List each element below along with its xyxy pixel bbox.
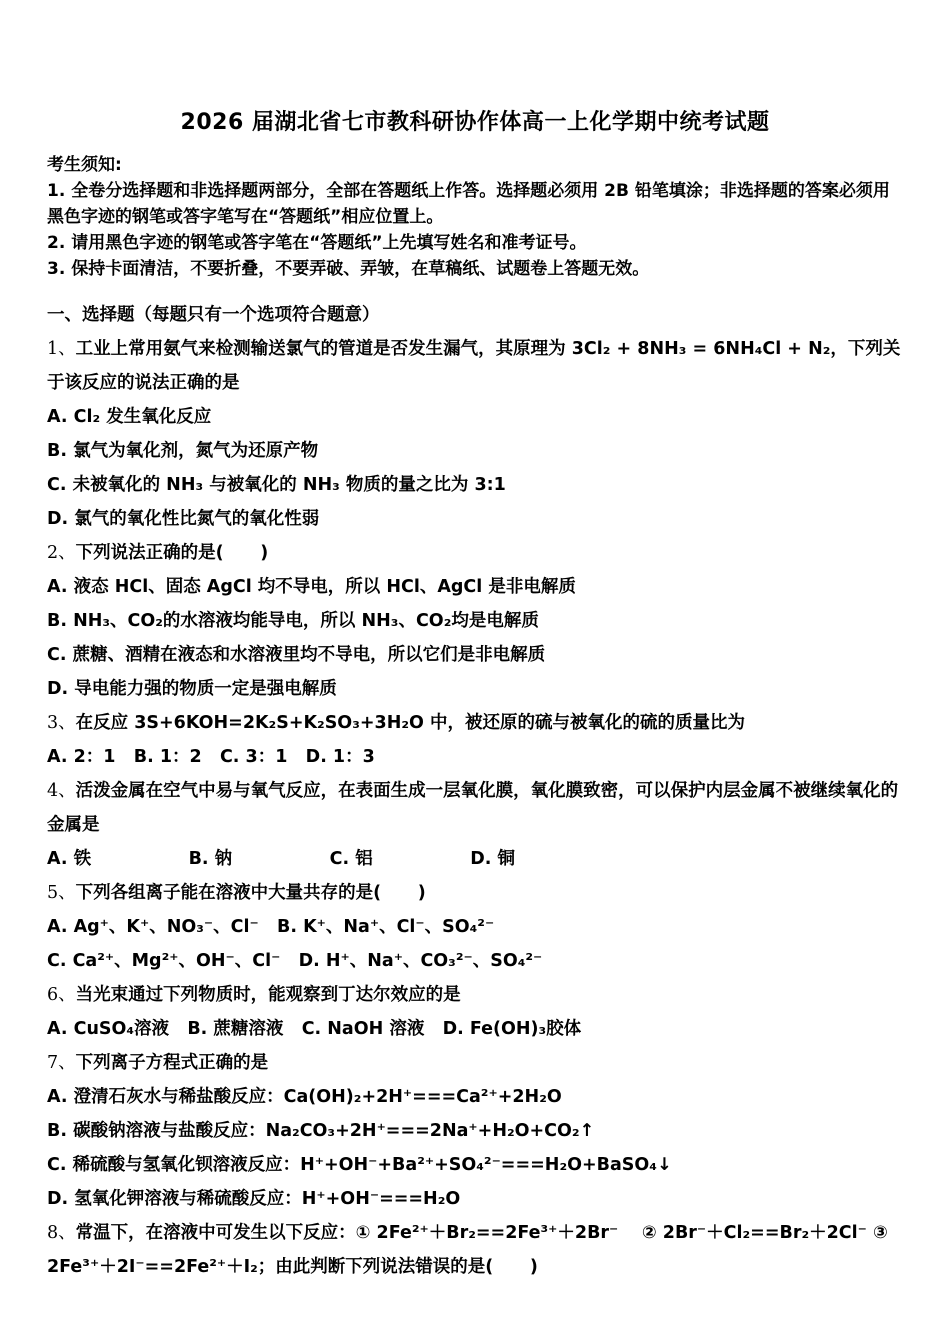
question-stem: 4、活泼金属在空气中易与氧气反应，在表面生成一层氧化膜，氧化膜致密，可以保护内层… [47,774,903,842]
questions-list: 1、工业上常用氨气来检测输送氯气的管道是否发生漏气，其原理为 3Cl₂ + 8N… [47,332,903,1284]
question: 1、工业上常用氨气来检测输送氯气的管道是否发生漏气，其原理为 3Cl₂ + 8N… [47,332,903,536]
question: 7、下列离子方程式正确的是A. 澄清石灰水与稀盐酸反应：Ca(OH)₂+2H⁺=… [47,1046,903,1216]
option-line: B. NH₃、CO₂的水溶液均能导电，所以 NH₃、CO₂均是电解质 [47,604,903,638]
question-number: 8、 [47,1223,76,1243]
notice-item: 2. 请用黑色字迹的钢笔或答字笔在“答题纸”上先填写姓名和准考证号。 [47,230,903,256]
question-stem-text: 下列各组离子能在溶液中大量共存的是( ) [76,883,426,903]
option-line: D. 氯气的氧化性比氮气的氧化性弱 [47,502,903,536]
exam-paper-page: 2026 届湖北省七市教科研协作体高一上化学期中统考试题 考生须知: 1. 全卷… [0,0,950,1344]
question-stem-text: 工业上常用氨气来检测输送氯气的管道是否发生漏气，其原理为 3Cl₂ + 8NH₃… [47,339,900,393]
question-number: 5、 [47,883,76,903]
option-line: A. 2：1 B. 1：2 C. 3：1 D. 1：3 [47,740,903,774]
question-number: 1、 [47,339,76,359]
option-line: C. 稀硫酸与氢氧化钡溶液反应：H⁺+OH⁻+Ba²⁺+SO₄²⁻===H₂O+… [47,1148,903,1182]
question-stem: 5、下列各组离子能在溶液中大量共存的是( ) [47,876,903,910]
notice-heading: 考生须知: [47,152,903,178]
option-line: A. 澄清石灰水与稀盐酸反应：Ca(OH)₂+2H⁺===Ca²⁺+2H₂O [47,1080,903,1114]
option-line: C. 蔗糖、酒精在液态和水溶液里均不导电，所以它们是非电解质 [47,638,903,672]
option-line: C. 未被氧化的 NH₃ 与被氧化的 NH₃ 物质的量之比为 3:1 [47,468,903,502]
question-number: 6、 [47,985,76,1005]
option-line: B. 碳酸钠溶液与盐酸反应：Na₂CO₃+2H⁺===2Na⁺+H₂O+CO₂↑ [47,1114,903,1148]
question: 6、当光束通过下列物质时，能观察到丁达尔效应的是A. CuSO₄溶液 B. 蔗糖… [47,978,903,1046]
question-stem-text: 下列离子方程式正确的是 [76,1053,269,1073]
question-stem: 1、工业上常用氨气来检测输送氯气的管道是否发生漏气，其原理为 3Cl₂ + 8N… [47,332,903,400]
question-stem-text: 下列说法正确的是( ) [76,543,269,563]
question: 4、活泼金属在空气中易与氧气反应，在表面生成一层氧化膜，氧化膜致密，可以保护内层… [47,774,903,876]
question-stem-text: 活泼金属在空气中易与氧气反应，在表面生成一层氧化膜，氧化膜致密，可以保护内层金属… [47,781,898,835]
notice-section: 考生须知: 1. 全卷分选择题和非选择题两部分，全部在答题纸上作答。选择题必须用… [47,152,903,282]
question-stem-text: 在反应 3S+6KOH=2K₂S+K₂SO₃+3H₂O 中，被还原的硫与被氧化的… [76,713,745,733]
question-stem: 7、下列离子方程式正确的是 [47,1046,903,1080]
question: 5、下列各组离子能在溶液中大量共存的是( )A. Ag⁺、K⁺、NO₃⁻、Cl⁻… [47,876,903,978]
option-line: C. Ca²⁺、Mg²⁺、OH⁻、Cl⁻ D. H⁺、Na⁺、CO₃²⁻、SO₄… [47,944,903,978]
question-stem: 8、常温下，在溶液中可发生以下反应：① 2Fe²⁺＋Br₂==2Fe³⁺＋2Br… [47,1216,903,1284]
question-stem: 3、在反应 3S+6KOH=2K₂S+K₂SO₃+3H₂O 中，被还原的硫与被氧… [47,706,903,740]
question: 3、在反应 3S+6KOH=2K₂S+K₂SO₃+3H₂O 中，被还原的硫与被氧… [47,706,903,774]
section-heading: 一、选择题（每题只有一个选项符合题意） [47,298,903,332]
option-line: A. Ag⁺、K⁺、NO₃⁻、Cl⁻ B. K⁺、Na⁺、Cl⁻、SO₄²⁻ [47,910,903,944]
option-line: A. Cl₂ 发生氧化反应 [47,400,903,434]
option-line: D. 导电能力强的物质一定是强电解质 [47,672,903,706]
option-line: A. 液态 HCl、固态 AgCl 均不导电，所以 HCl、AgCl 是非电解质 [47,570,903,604]
option-line: D. 氢氧化钾溶液与稀硫酸反应：H⁺+OH⁻===H₂O [47,1182,903,1216]
question-stem-text: 当光束通过下列物质时，能观察到丁达尔效应的是 [76,985,461,1005]
question-number: 3、 [47,713,76,733]
option-line: B. 氯气为氧化剂，氮气为还原产物 [47,434,903,468]
option-line: A. 铁 B. 钠 C. 铝 D. 铜 [47,842,903,876]
notice-item: 1. 全卷分选择题和非选择题两部分，全部在答题纸上作答。选择题必须用 2B 铅笔… [47,178,903,230]
question: 8、常温下，在溶液中可发生以下反应：① 2Fe²⁺＋Br₂==2Fe³⁺＋2Br… [47,1216,903,1284]
question: 2、下列说法正确的是( )A. 液态 HCl、固态 AgCl 均不导电，所以 H… [47,536,903,706]
page-title: 2026 届湖北省七市教科研协作体高一上化学期中统考试题 [47,0,903,138]
question-number: 7、 [47,1053,76,1073]
question-number: 2、 [47,543,76,563]
notice-items: 1. 全卷分选择题和非选择题两部分，全部在答题纸上作答。选择题必须用 2B 铅笔… [47,178,903,282]
option-line: A. CuSO₄溶液 B. 蔗糖溶液 C. NaOH 溶液 D. Fe(OH)₃… [47,1012,903,1046]
notice-item: 3. 保持卡面清洁，不要折叠，不要弄破、弄皱，在草稿纸、试题卷上答题无效。 [47,256,903,282]
question-stem-text: 常温下，在溶液中可发生以下反应：① 2Fe²⁺＋Br₂==2Fe³⁺＋2Br⁻ … [47,1223,894,1277]
question-stem: 6、当光束通过下列物质时，能观察到丁达尔效应的是 [47,978,903,1012]
question-number: 4、 [47,781,76,801]
question-stem: 2、下列说法正确的是( ) [47,536,903,570]
